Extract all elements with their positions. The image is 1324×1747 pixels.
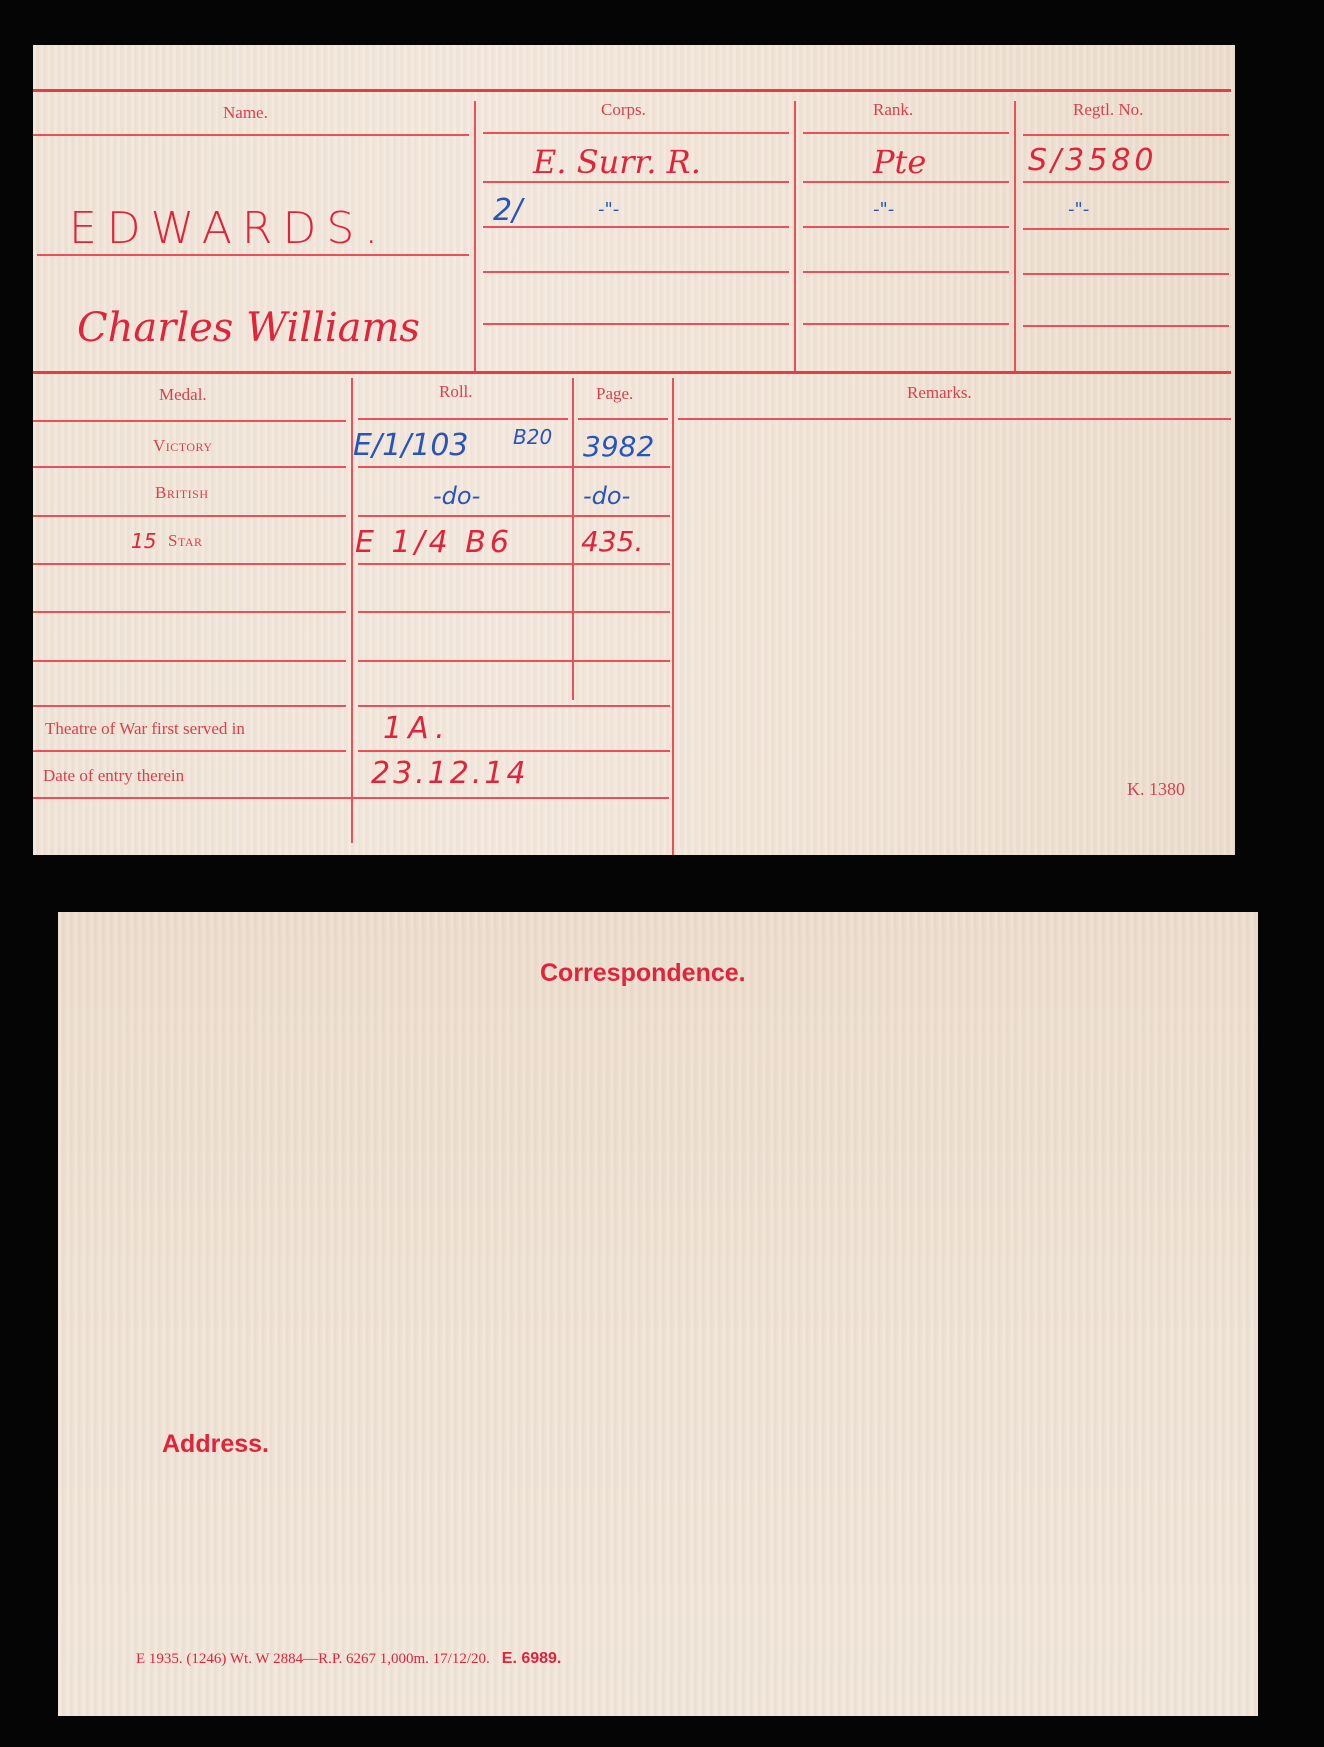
roll-star: E 1/4 B6 <box>355 525 513 560</box>
medal-star-prefix: 15 <box>131 529 156 553</box>
divider-rank-regtl <box>1014 101 1016 371</box>
section-rule <box>33 371 1231 374</box>
header-corps: Corps. <box>601 100 646 120</box>
medal-index-card-back: Correspondence. Address. E 1935. (1246) … <box>58 912 1258 1716</box>
roll-rule <box>358 660 670 662</box>
roll-rule <box>358 705 670 707</box>
theatre-rule <box>33 750 346 752</box>
page-victory: 3982 <box>583 430 654 463</box>
regtl-ditto: -"- <box>1068 199 1089 220</box>
regtl-no-value: S/3580 <box>1028 143 1158 178</box>
medal-rule <box>33 563 346 565</box>
corps-header-rule <box>483 132 789 134</box>
regtl-row-rule <box>1023 325 1229 327</box>
page-british: -do- <box>583 482 630 510</box>
roll-rule <box>358 466 670 468</box>
header-remarks: Remarks. <box>907 383 972 403</box>
corps-row-rule <box>483 181 789 183</box>
rank-row-rule <box>803 271 1009 273</box>
divider-corps-rank <box>794 101 796 371</box>
medal-british: British <box>155 483 209 503</box>
medal-rule <box>33 611 346 613</box>
page-star: 435. <box>581 525 643 558</box>
medal-rule <box>33 420 346 422</box>
medal-rule <box>33 515 346 517</box>
rank-row-rule <box>803 323 1009 325</box>
theatre-rule <box>358 750 670 752</box>
medal-rule <box>33 705 346 707</box>
rank-row-rule <box>803 226 1009 228</box>
regtl-row-rule <box>1023 228 1229 230</box>
corps-row-rule <box>483 323 789 325</box>
rank-value: Pte <box>873 143 926 181</box>
medal-star: Star <box>168 531 203 551</box>
date-label: Date of entry therein <box>43 766 184 786</box>
medal-index-card-front: Name. Corps. Rank. Regtl. No. EDWARDS. C… <box>33 45 1235 855</box>
header-roll: Roll. <box>439 382 473 402</box>
corps-row-rule <box>483 226 789 228</box>
name-header-rule <box>33 134 469 136</box>
surname-rule <box>37 254 469 256</box>
theatre-label: Theatre of War first served in <box>45 719 245 739</box>
medal-rule <box>33 466 346 468</box>
remarks-rule <box>678 418 1231 420</box>
regtl-row-rule <box>1023 273 1229 275</box>
print-footer: E 1935. (1246) Wt. W 2884—R.P. 6267 1,00… <box>136 1650 561 1668</box>
header-rank: Rank. <box>873 100 913 120</box>
footer-print-details: E 1935. (1246) Wt. W 2884—R.P. 6267 1,00… <box>136 1651 490 1667</box>
theatre-value: 1A. <box>383 711 451 746</box>
date-value: 23.12.14 <box>371 756 529 791</box>
correspondence-title: Correspondence. <box>540 959 746 988</box>
surname: EDWARDS. <box>69 203 388 254</box>
regtl-header-rule <box>1023 134 1229 136</box>
forenames: Charles Williams <box>77 305 420 351</box>
roll-rule <box>358 563 670 565</box>
medal-victory: Victory <box>153 436 213 456</box>
divider-roll-page <box>572 378 574 700</box>
roll-rule <box>358 611 670 613</box>
corps-row-rule <box>483 271 789 273</box>
divider-name-corps <box>474 101 476 371</box>
rank-row-rule <box>803 181 1009 183</box>
rank-header-rule <box>803 132 1009 134</box>
medal-rule <box>33 660 346 662</box>
top-rule <box>33 89 1231 92</box>
address-label: Address. <box>162 1430 269 1459</box>
date-rule <box>33 797 669 799</box>
roll-rule <box>358 515 670 517</box>
header-medal: Medal. <box>159 385 207 405</box>
regtl-row-rule <box>1023 181 1229 183</box>
corps-value: E. Surr. R. <box>533 143 701 181</box>
page-rule <box>578 418 668 420</box>
header-page: Page. <box>596 384 633 404</box>
divider-page-remarks <box>672 378 674 855</box>
roll-rule <box>358 418 568 420</box>
corps-prefix: 2/ <box>493 193 522 228</box>
roll-victory: E/1/103 <box>353 428 469 463</box>
header-regtl-no: Regtl. No. <box>1073 100 1143 120</box>
form-number: K. 1380 <box>1127 779 1185 800</box>
rank-ditto: -"- <box>873 199 894 220</box>
roll-victory-note: B20 <box>513 425 552 449</box>
roll-british: -do- <box>433 482 480 510</box>
corps-ditto: -"- <box>598 199 619 220</box>
footer-form-code: E. 6989. <box>502 1650 562 1667</box>
header-name: Name. <box>223 103 268 123</box>
